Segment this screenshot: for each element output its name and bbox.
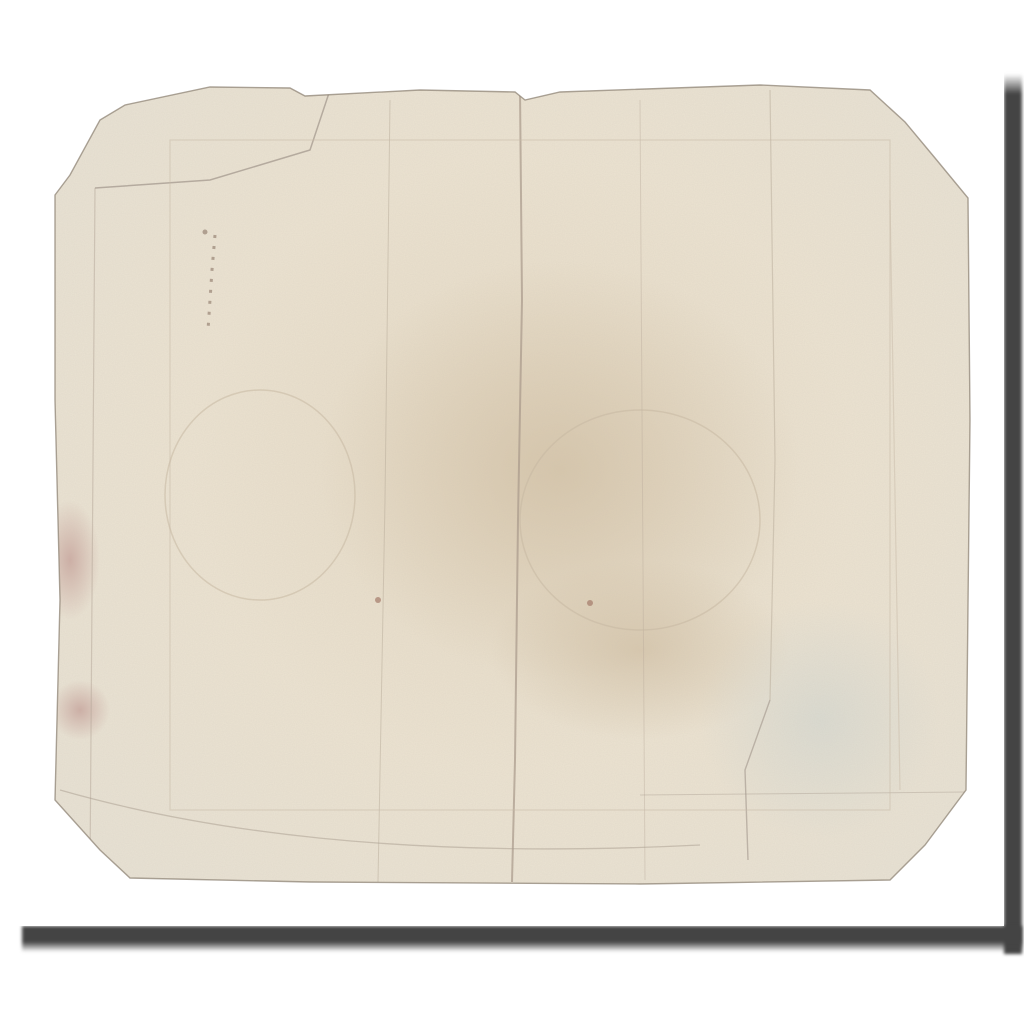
banknote-photo [0, 0, 1004, 926]
drop-shadow-bottom [22, 926, 1022, 952]
drop-shadow-right [1004, 74, 1022, 954]
banknote-paper [0, 0, 1004, 926]
